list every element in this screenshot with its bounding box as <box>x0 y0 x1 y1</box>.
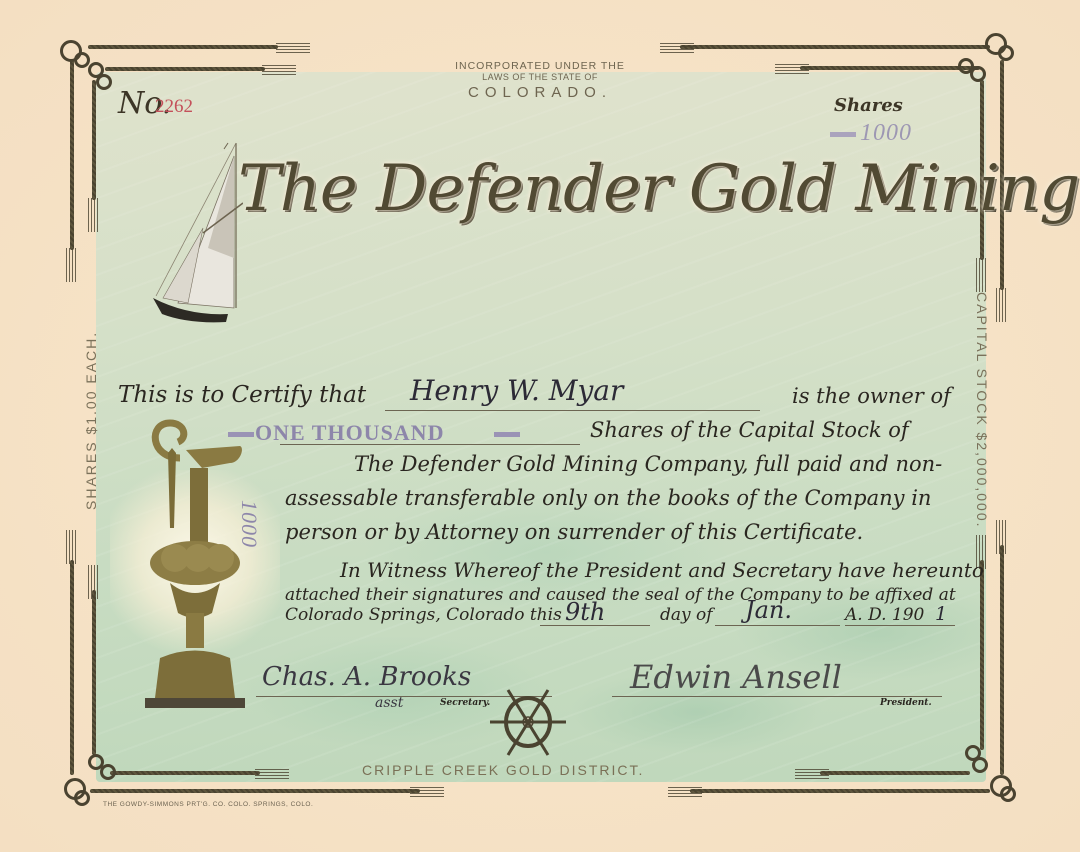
shares-written: ONE THOUSAND <box>255 420 444 446</box>
vignette-shares-stamp: 1000 <box>236 500 262 548</box>
secretary-signature: Chas. A. Brooks <box>262 662 471 692</box>
body-line4: assessable transferable only on the book… <box>285 486 931 510</box>
holder-name: Henry W. Myar <box>410 374 623 407</box>
secretary-label: Secretary. <box>440 698 490 708</box>
certify-prefix: This is to Certify that <box>118 382 366 408</box>
witness-line3: Colorado Springs, Colorado this <box>285 605 562 625</box>
sailboat-icon <box>148 138 243 328</box>
secretary-note: asst <box>375 695 403 711</box>
printer-credit: THE GOWDY-SIMMONS PRT'G. CO. COLO. SPRIN… <box>103 801 313 808</box>
year-suffix: 1 <box>935 603 947 625</box>
body-line5: person or by Attorney on surrender of th… <box>285 520 863 544</box>
shares-count: 1000 <box>830 120 912 147</box>
president-signature-line <box>612 696 942 697</box>
incorporation-state: COLORADO. <box>420 84 660 101</box>
president-label: President. <box>880 698 932 708</box>
day-value: 9th <box>565 598 605 626</box>
company-name: The Defender Gold Mining Co. <box>238 152 978 226</box>
district-label: CRIPPLE CREEK GOLD DISTRICT. <box>362 762 644 778</box>
shares-suffix: Shares of the Capital Stock of <box>590 418 909 442</box>
month-value: Jan. <box>745 596 792 624</box>
year-line <box>845 625 955 626</box>
certificate-number: 2262 <box>155 96 193 118</box>
year-prefix: A. D. 190 <box>845 605 924 625</box>
month-line <box>715 625 840 626</box>
stamp-dash <box>494 432 520 437</box>
stock-certificate: No. 2262 INCORPORATED UNDER THE LAWS OF … <box>0 0 1080 852</box>
president-signature: Edwin Ansell <box>630 658 842 696</box>
incorporation-line2: LAWS OF THE STATE OF <box>420 72 660 82</box>
holder-name-line <box>385 410 760 411</box>
owner-suffix: is the owner of <box>792 384 951 408</box>
shares-label: Shares <box>834 95 903 116</box>
witness-line1: In Witness Whereof the President and Sec… <box>340 558 984 582</box>
par-value-label: SHARES $1.00 EACH. <box>83 331 99 510</box>
ship-wheel-icon <box>488 685 568 760</box>
incorporation-line1: INCORPORATED UNDER THE <box>420 60 660 72</box>
witness-line2: attached their signatures and caused the… <box>285 585 956 605</box>
trophy-ewer-icon <box>140 418 250 718</box>
day-suffix: day of <box>660 605 713 625</box>
incorporation-notice: INCORPORATED UNDER THE LAWS OF THE STATE… <box>420 60 660 101</box>
body-line3: The Defender Gold Mining Company, full p… <box>354 452 942 476</box>
capital-stock-label: CAPITAL STOCK $2,000,000. <box>974 292 990 529</box>
